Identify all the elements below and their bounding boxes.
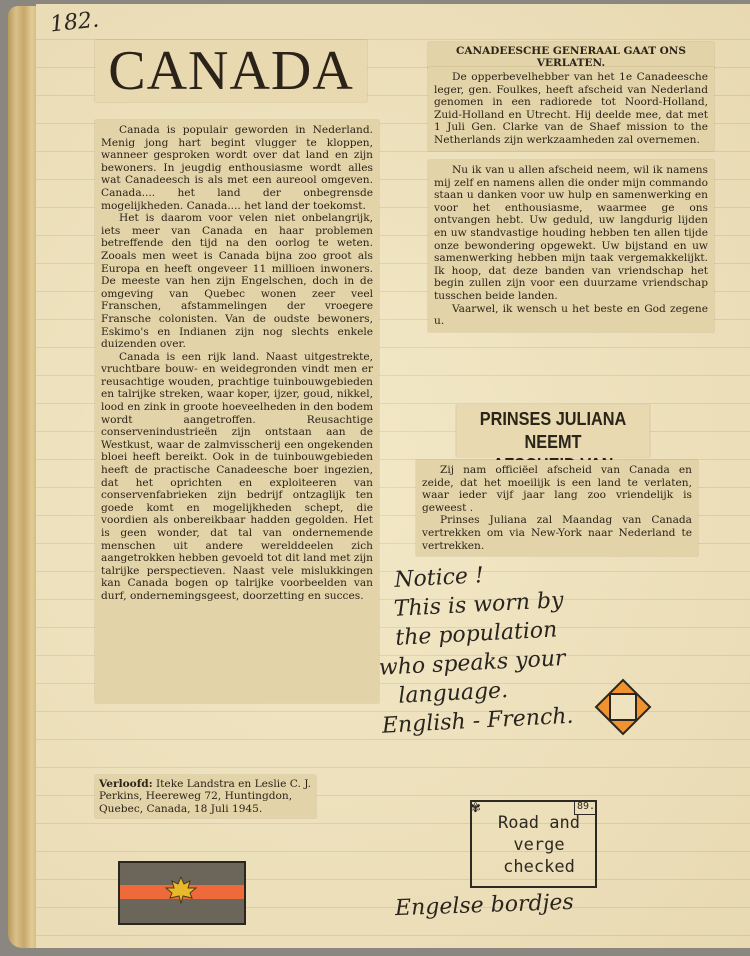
road-sign-text: Road and verge checked	[484, 812, 594, 878]
general-paragraph: Vaarwel, ik wensch u het beste en God ze…	[434, 303, 708, 328]
engagement-notice: Verloofd: Iteke Landstra en Leslie C. J.…	[95, 775, 316, 818]
road-sign-drawing: ✾ 89. Road and verge checked	[470, 800, 597, 888]
canada-headline: CANADA	[95, 40, 367, 102]
engagement-label: Verloofd:	[99, 778, 153, 790]
general-article-body-2: Nu ik van u allen afscheid neem, wil ik …	[428, 160, 714, 332]
road-sign-line: checked	[484, 856, 594, 878]
canada-paragraph: Canada is een rijk land. Naast uitgestre…	[101, 351, 373, 603]
canada-paragraph: Het is daarom voor velen niet onbelangri…	[101, 212, 373, 351]
general-article-body-1: De opperbevelhebber van het 1e Canadeesc…	[428, 67, 714, 151]
canada-paragraph: Canada is populair geworden in Nederland…	[101, 124, 373, 212]
juliana-paragraph: Zij nam officiëel afscheid van Canada en…	[422, 464, 692, 514]
orange-diamond-badge-icon	[594, 678, 652, 736]
maple-leaf-icon	[164, 876, 198, 904]
general-paragraph: Nu ik van u allen afscheid neem, wil ik …	[434, 164, 708, 303]
road-sign-line: verge	[484, 834, 594, 856]
juliana-article-body: Zij nam officiëel afscheid van Canada en…	[416, 460, 698, 556]
juliana-paragraph: Prinses Juliana zal Maandag van Canada v…	[422, 514, 692, 552]
canada-article-body: Canada is populair geworden in Nederland…	[95, 120, 379, 703]
juliana-headline: PRINSES JULIANA NEEMT AFSCHEID VAN CANAD…	[456, 405, 650, 457]
general-paragraph: De opperbevelhebber van het 1e Canadeesc…	[434, 71, 708, 147]
page-number: 182.	[49, 8, 100, 38]
general-article-headline: CANADEESCHE GENERAAL GAAT ONS VERLATEN.	[428, 42, 714, 69]
juliana-headline-line: PRINSES JULIANA NEEMT	[456, 407, 650, 453]
canadian-flag-drawing	[118, 861, 246, 925]
road-sign-line: Road and	[484, 812, 594, 834]
